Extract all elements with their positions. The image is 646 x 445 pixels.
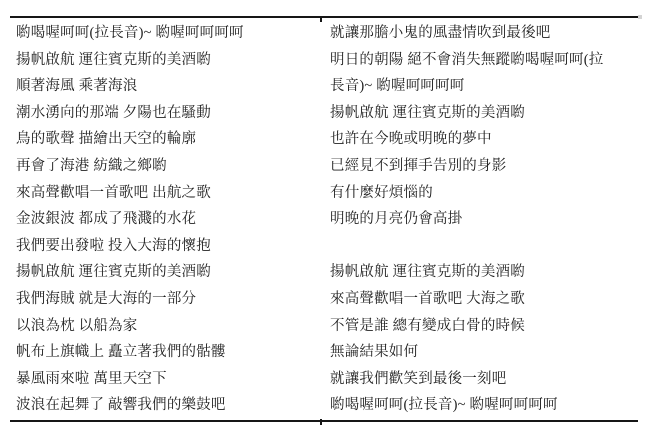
lyric-line: 已經見不到揮手告別的身影 bbox=[330, 153, 638, 180]
lyric-line: 暴風雨來啦 萬里天空下 bbox=[16, 366, 320, 393]
lyric-line: 揚帆啟航 運往賓克斯的美酒喲 bbox=[330, 100, 638, 127]
left-column: 喲喝喔呵呵(拉長音)~ 喲喔呵呵呵呵 揚帆啟航 運往賓克斯的美酒喲 順著海風 乘… bbox=[10, 18, 320, 420]
lyric-line-blank bbox=[330, 233, 638, 260]
lyric-line: 揚帆啟航 運往賓克斯的美酒喲 bbox=[16, 259, 320, 286]
lyric-line: 我們海賊 就是大海的一部分 bbox=[16, 286, 320, 313]
lyric-line: 金波銀波 都成了飛濺的水花 bbox=[16, 206, 320, 233]
right-column: 就讓那膽小鬼的風盡情吹到最後吧 明日的朝陽 絕不會消失無蹤喲喝喔呵呵(拉 長音)… bbox=[320, 18, 638, 420]
lyric-line: 以浪為枕 以船為家 bbox=[16, 313, 320, 340]
lyrics-table: 喲喝喔呵呵(拉長音)~ 喲喔呵呵呵呵 揚帆啟航 運往賓克斯的美酒喲 順著海風 乘… bbox=[10, 16, 638, 422]
lyric-line: 喲喝喔呵呵(拉長音)~ 喲喔呵呵呵呵 bbox=[330, 392, 638, 419]
lyric-line: 也許在今晚或明晚的夢中 bbox=[330, 126, 638, 153]
lyric-line: 來高聲歡唱一首歌吧 大海之歌 bbox=[330, 286, 638, 313]
lyric-line: 無論結果如何 bbox=[330, 339, 638, 366]
lyric-line: 就讓那膽小鬼的風盡情吹到最後吧 bbox=[330, 20, 638, 47]
lyric-line: 揚帆啟航 運往賓克斯的美酒喲 bbox=[330, 259, 638, 286]
lyric-line: 再會了海港 紡織之鄉喲 bbox=[16, 153, 320, 180]
lyric-line: 不管是誰 總有變成白骨的時候 bbox=[330, 313, 638, 340]
column-divider-tick-bottom bbox=[320, 419, 322, 425]
lyric-line: 長音)~ 喲喔呵呵呵呵 bbox=[330, 73, 638, 100]
lyric-line: 波浪在起舞了 敲響我們的樂鼓吧 bbox=[16, 392, 320, 419]
lyric-line: 我們要出發啦 投入大海的懷抱 bbox=[16, 233, 320, 260]
column-divider-tick-top bbox=[320, 18, 322, 22]
lyric-line: 鳥的歌聲 描繪出天空的輪廓 bbox=[16, 126, 320, 153]
lyric-line: 揚帆啟航 運往賓克斯的美酒喲 bbox=[16, 47, 320, 74]
lyric-line: 來高聲歡唱一首歌吧 出航之歌 bbox=[16, 180, 320, 207]
table-corner-mark bbox=[638, 15, 642, 19]
lyric-line: 就讓我們歡笑到最後一刻吧 bbox=[330, 366, 638, 393]
document-page: 喲喝喔呵呵(拉長音)~ 喲喔呵呵呵呵 揚帆啟航 運往賓克斯的美酒喲 順著海風 乘… bbox=[0, 0, 646, 445]
lyric-line: 順著海風 乘著海浪 bbox=[16, 73, 320, 100]
lyric-line: 明日的朝陽 絕不會消失無蹤喲喝喔呵呵(拉 bbox=[330, 47, 638, 74]
lyric-line: 有什麼好煩惱的 bbox=[330, 180, 638, 207]
lyric-line: 帆布上旗幟上 矗立著我們的骷髏 bbox=[16, 339, 320, 366]
lyric-line: 潮水湧向的那端 夕陽也在騷動 bbox=[16, 100, 320, 127]
lyric-line: 喲喝喔呵呵(拉長音)~ 喲喔呵呵呵呵 bbox=[16, 20, 320, 47]
lyric-line: 明晚的月亮仍會高掛 bbox=[330, 206, 638, 233]
